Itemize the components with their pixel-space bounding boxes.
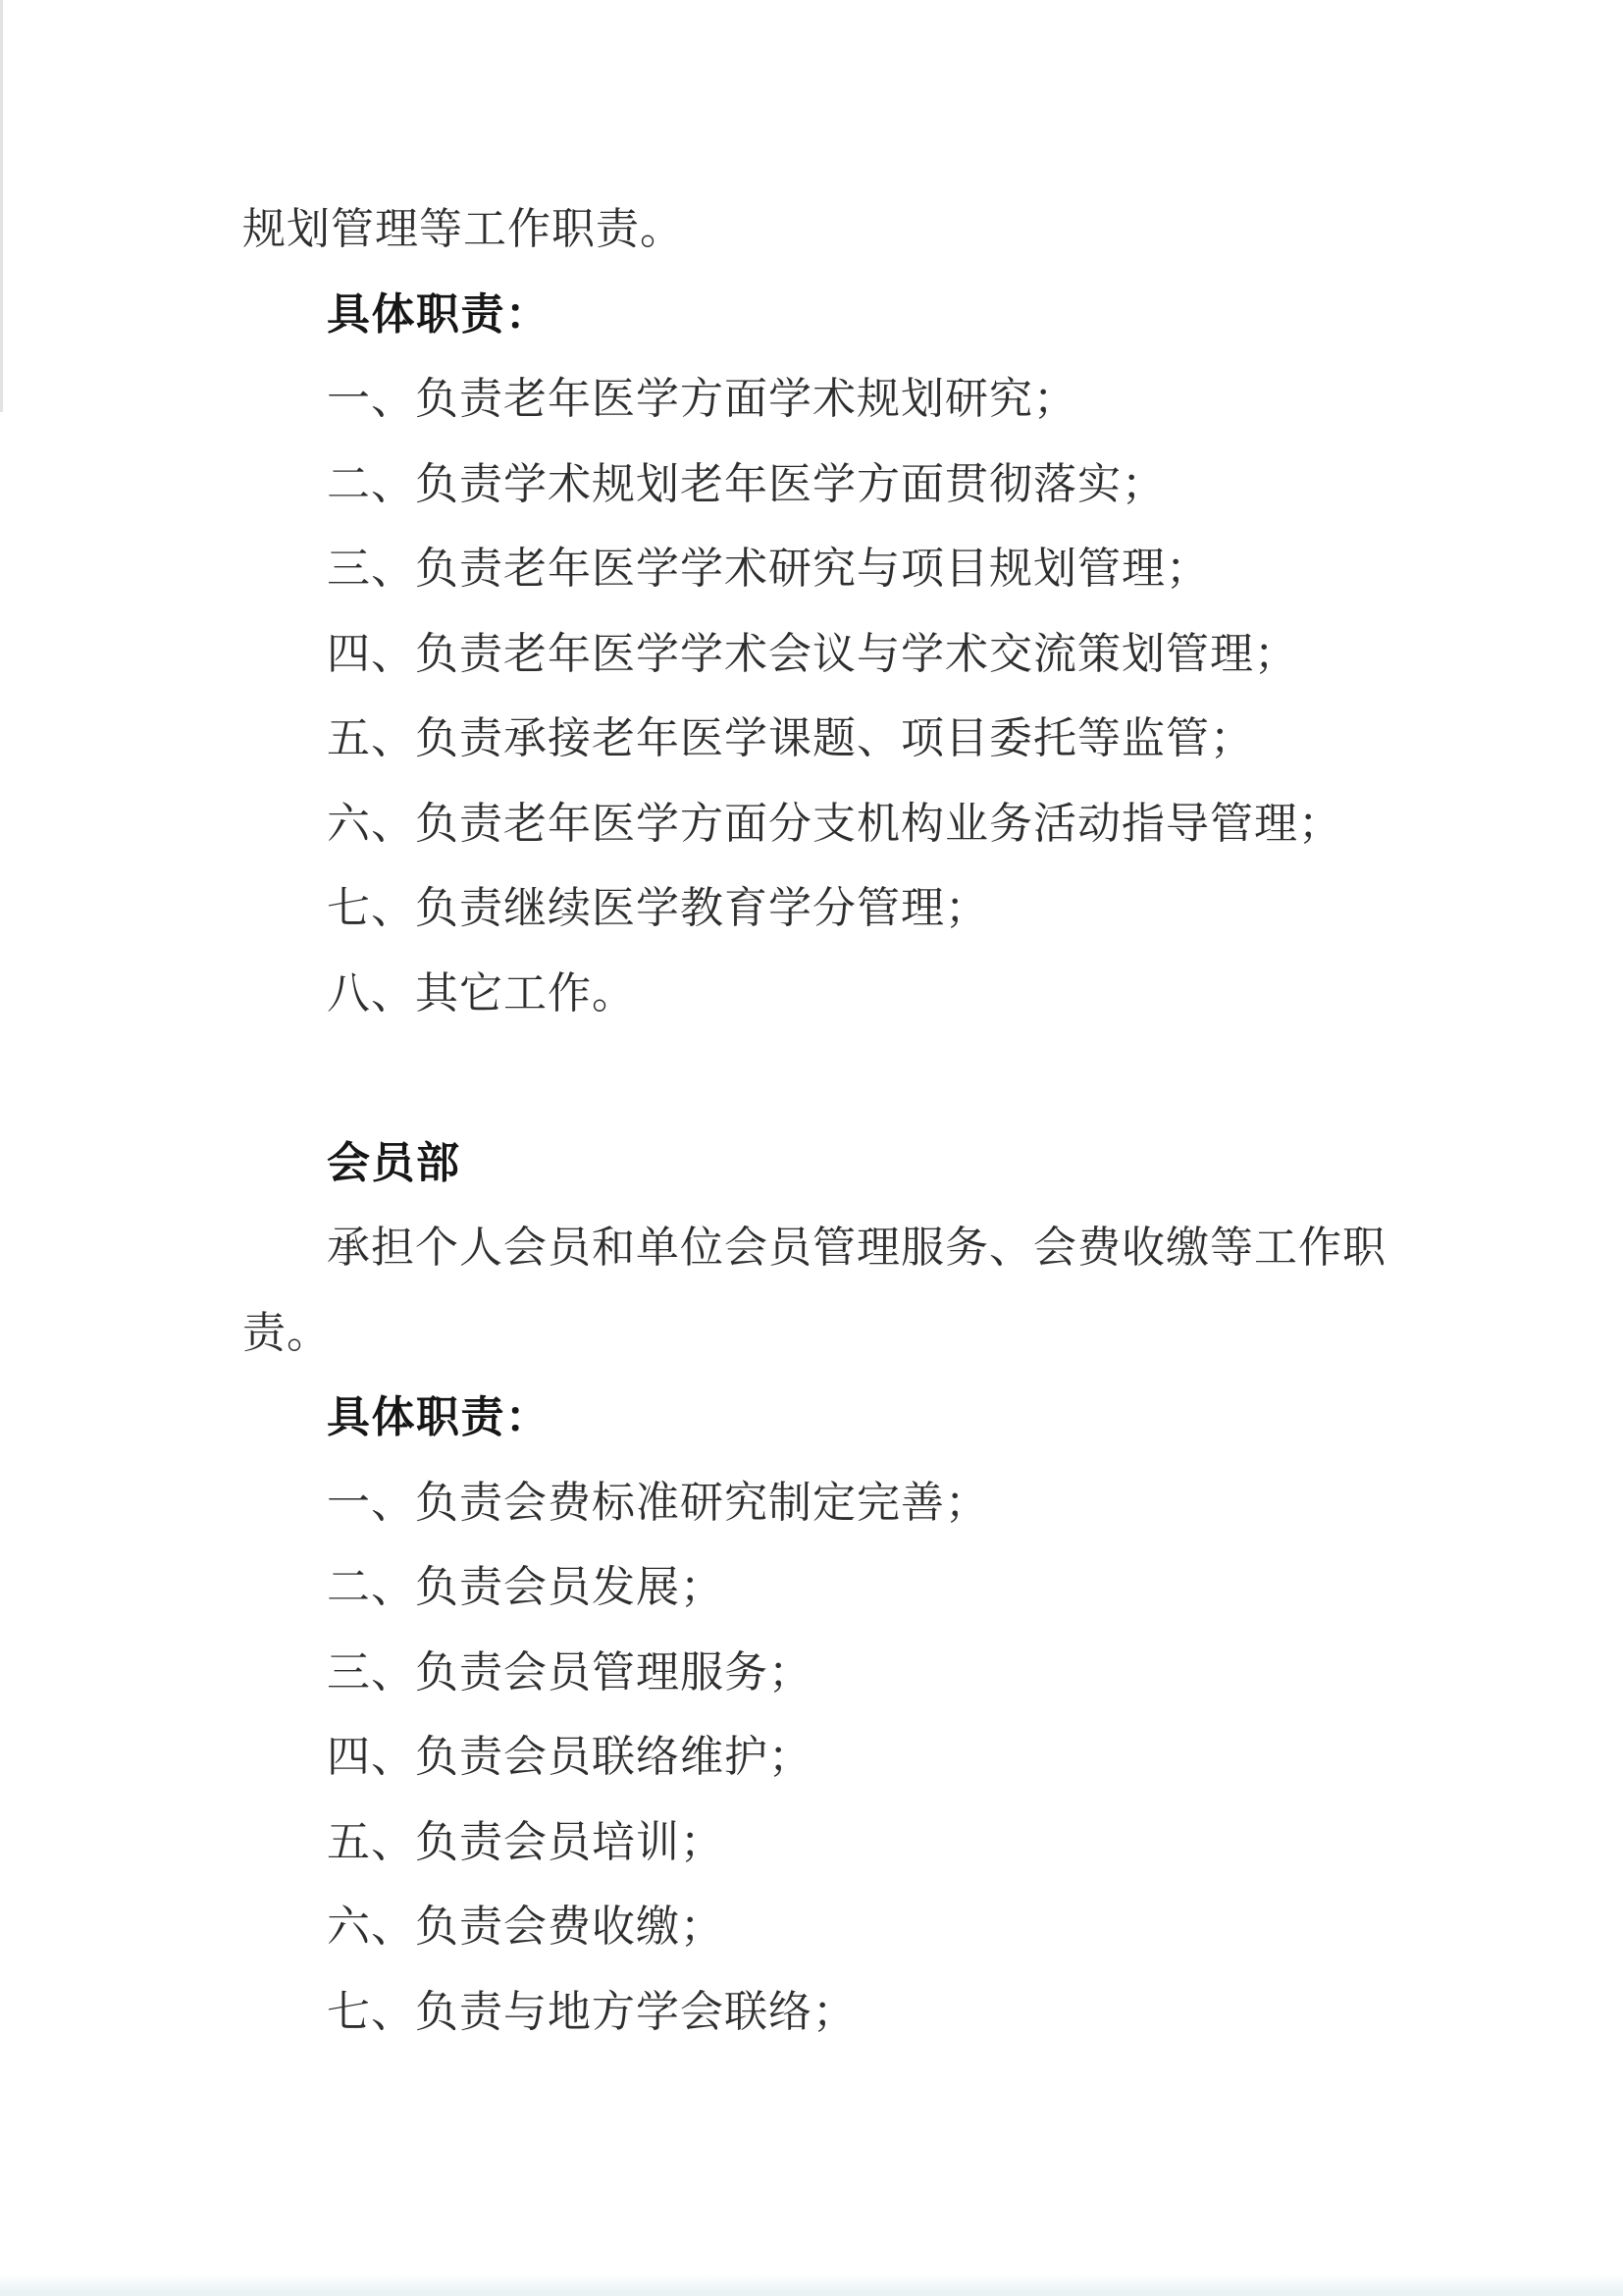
list-item: 七、负责与地方学会联络； — [0, 1965, 1623, 2051]
list-item: 四、负责老年医学学术会议与学术交流策划管理； — [0, 607, 1623, 693]
scan-bottom-artifact — [0, 2274, 1623, 2296]
department-heading: 会员部 — [0, 1117, 1623, 1202]
section-heading: 具体职责： — [0, 1371, 1623, 1456]
list-item: 二、负责学术规划老年医学方面贯彻落实； — [0, 438, 1623, 523]
list-item: 七、负责继续医学教育学分管理； — [0, 861, 1623, 947]
list-item: 五、负责会员培训； — [0, 1796, 1623, 1881]
list-item: 八、其它工作。 — [0, 947, 1623, 1032]
list-item: 二、负责会员发展； — [0, 1540, 1623, 1626]
list-item: 三、负责老年医学学术研究与项目规划管理； — [0, 522, 1623, 607]
list-item: 三、负责会员管理服务； — [0, 1626, 1623, 1711]
list-item: 一、负责老年医学方面学术规划研究； — [0, 352, 1623, 438]
list-item: 六、负责老年医学方面分支机构业务活动指导管理； — [0, 777, 1623, 862]
paragraph-continuation: 责。 — [0, 1286, 1623, 1372]
list-item: 四、负责会员联络维护； — [0, 1710, 1623, 1796]
text-block: 规划管理等工作职责。具体职责：一、负责老年医学方面学术规划研究；二、负责学术规划… — [0, 183, 1623, 2050]
paragraph-line: 承担个人会员和单位会员管理服务、会费收缴等工作职 — [0, 1201, 1623, 1286]
blank-line — [0, 1031, 1623, 1117]
list-item: 六、负责会费收缴； — [0, 1880, 1623, 1965]
paragraph-continuation: 规划管理等工作职责。 — [0, 183, 1623, 268]
list-item: 一、负责会费标准研究制定完善； — [0, 1456, 1623, 1541]
scanned-document-page: 规划管理等工作职责。具体职责：一、负责老年医学方面学术规划研究；二、负责学术规划… — [0, 0, 1623, 2296]
list-item: 五、负责承接老年医学课题、项目委托等监管； — [0, 692, 1623, 777]
section-heading: 具体职责： — [0, 268, 1623, 353]
